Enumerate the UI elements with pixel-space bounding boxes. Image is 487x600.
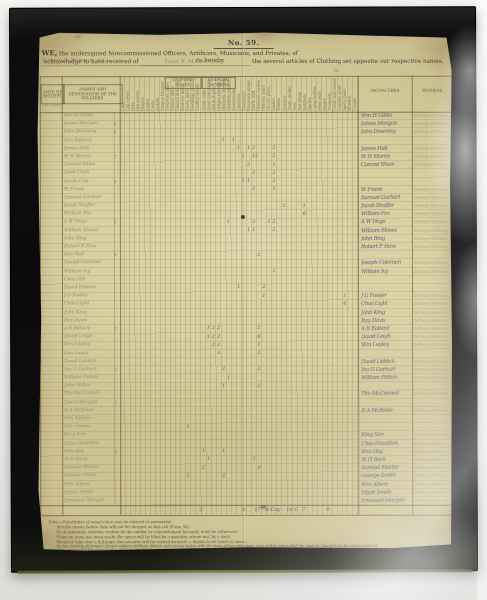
quantity-mark: 1	[267, 220, 270, 225]
frame-bottom-highlight	[17, 569, 472, 574]
rank-tick: 8	[114, 448, 120, 456]
witness-header: WITNESS.	[413, 84, 453, 98]
witness-entry: 2d Regt of Penna	[414, 210, 452, 218]
soldier-name-pencil: Jacob Cole	[64, 177, 116, 186]
quantity-mark: 2	[272, 228, 275, 233]
totals-mark: 14 C	[286, 507, 298, 513]
witness-entry: 2d Regt of Penna	[414, 259, 452, 267]
soldier-name-pencil: George Smith	[64, 472, 116, 481]
rank-tick: 2	[114, 399, 120, 407]
quantity-mark: 2	[222, 367, 225, 372]
soldier-signature: A W Hays	[361, 218, 413, 227]
quantity-mark: 1	[207, 458, 210, 463]
soldier-name-pencil: Chas Light	[64, 300, 116, 309]
article-column-label: Tents, shelter	[286, 78, 291, 111]
rank-tick: 3	[114, 366, 120, 374]
rank-tick: 8	[114, 178, 120, 186]
witness-entry: 2d Regt of Penna	[414, 407, 452, 415]
quantity-mark: 2	[272, 179, 275, 184]
quantity-mark: 1	[262, 294, 265, 299]
witness-entry: 2d Regt of Penna	[414, 243, 452, 251]
soldier-signature: William Patton	[361, 373, 413, 382]
quantity-mark: 2	[272, 154, 275, 159]
soldier-name-pencil: Saml Clark	[64, 169, 116, 178]
soldier-name-pencil: William Ivy	[64, 268, 116, 277]
handwritten-date: Dec 1864	[42, 103, 62, 108]
quantity-mark: 1	[187, 474, 190, 479]
article-column-label: Leather stocks	[195, 78, 200, 111]
quantity-mark: 1	[207, 335, 210, 340]
totals-row-marks: 2817B Cay14 C78	[34, 29, 454, 30]
quantity-mark: 2	[247, 163, 250, 168]
witness-entry: 2d Regt of Penna	[414, 292, 452, 300]
quantity-mark: 1	[222, 384, 225, 389]
picture-frame: No. 59. WE, the undersigned Noncommissio…	[9, 6, 478, 573]
soldier-name-pencil: Ray Davis	[64, 317, 116, 326]
article-column-label: Combs	[352, 78, 357, 111]
witness-entry: 2d Regt of Penna	[414, 300, 452, 308]
quantity-mark: 1	[237, 285, 240, 290]
quantity-mark: 6	[257, 335, 260, 340]
quantity-mark: 2	[272, 146, 275, 151]
soldier-name-pencil: William Moses	[64, 227, 116, 236]
soldier-name-pencil: W Frank	[64, 186, 116, 195]
quantity-mark: 6	[303, 212, 306, 217]
witness-entry: 2d Regt of Penna	[414, 202, 452, 210]
soldier-name-pencil: David Morgan	[64, 399, 116, 408]
quantity-mark: 1	[247, 228, 250, 233]
soldier-signature: John Downing	[361, 128, 413, 137]
soldier-name-pencil: Geo Lewis	[64, 349, 116, 358]
soldier-signature: George Smith	[361, 472, 413, 481]
quantity-mark: 8	[258, 466, 261, 471]
article-column-label: Axes	[291, 78, 296, 111]
witness-entry: 2d Regt of Penna	[414, 341, 452, 349]
handwritten-officer: Lieut R. M. Hall A.C.S.	[165, 59, 226, 65]
quantity-mark: 2	[222, 474, 225, 479]
witness-entry: 2d Regt of Penna	[414, 480, 452, 488]
quantity-mark: 6	[343, 302, 346, 307]
soldier-signature: Conrad Shaw	[361, 160, 413, 169]
quantity-mark: 1	[187, 425, 190, 430]
soldier-name-pencil: John King	[64, 308, 116, 317]
quantity-mark: 2	[257, 326, 260, 331]
soldier-signature: Wm Lepley	[361, 341, 413, 350]
soldier-name-pencil: Emanuel Morgan	[64, 497, 116, 506]
soldier-name-pencil: Wm Lepley	[64, 341, 116, 350]
article-column-label: Cap covers	[124, 78, 129, 111]
quantity-mark: 1	[272, 187, 275, 192]
quantity-mark: 1	[247, 146, 250, 151]
quantity-mark: 2	[252, 187, 255, 192]
witness-entry: 2d Regt of Penna	[414, 235, 452, 243]
article-column-label: Talmas	[276, 78, 281, 111]
quantity-mark: 1	[232, 138, 235, 143]
quantity-mark: 2	[202, 466, 205, 471]
soldier-signature: Joseph Coleman	[361, 259, 413, 268]
quantity-mark: 1	[227, 376, 230, 381]
soldier-name-pencil: Tho McConnell	[64, 390, 116, 399]
quantity-mark: 1	[272, 269, 275, 274]
soldier-name-pencil: Joseph Coleman	[64, 259, 116, 268]
witness-entry: 2d Regt of Penna	[414, 185, 452, 193]
soldier-name-pencil: James Hall	[64, 145, 116, 154]
ink-blot	[241, 215, 245, 219]
quantity-mark: 3	[217, 351, 220, 356]
rank-tick: 8	[114, 129, 120, 137]
quantity-mark: 1	[343, 294, 346, 299]
foxing-spot-2	[334, 69, 339, 72]
table-body-rows: Wm H GibbsWm H Gibbs2d Regt of PennaJame…	[34, 29, 454, 30]
witness-entry: 2d Regt of Penna	[414, 144, 452, 152]
soldier-name-pencil: Geo Ballard	[64, 136, 116, 145]
quantity-mark: 1	[247, 179, 250, 184]
foxing-spot	[74, 35, 82, 38]
quantity-mark: 1	[252, 228, 255, 233]
table-right-rule	[452, 76, 453, 515]
totals-mark: 8	[326, 507, 329, 513]
date-of-receipt-header: DATE OF RECEIPT.	[41, 84, 65, 104]
soldier-name-pencil: David Liddick	[64, 358, 116, 367]
receipt-roll-document: No. 59. WE, the undersigned Noncommissio…	[34, 29, 455, 554]
quantity-mark: 2	[217, 343, 220, 348]
quantity-mark: 2	[257, 367, 260, 372]
quantity-mark: 2	[257, 351, 260, 356]
quantity-mark: 1	[227, 220, 230, 225]
quantity-mark: 2	[252, 457, 255, 462]
witness-entry: 2d Regt of Penna	[414, 218, 452, 226]
witness-entry: 2d Regt of Penna	[414, 374, 452, 382]
witness-entry: 2d Regt of Penna	[414, 308, 452, 316]
quantity-mark: 2	[272, 171, 275, 176]
totals-mark: B Cay	[265, 507, 280, 513]
soldier-signature: Chas Light	[361, 300, 413, 309]
witness-entry: 2d Regt of Penna	[414, 161, 452, 169]
witness-entry: 2d Regt of Penna	[414, 357, 452, 365]
quantity-mark: 2	[212, 343, 215, 348]
names-header: NAMES AND DESIGNATION OF THE SOLDIERS.	[63, 84, 123, 104]
quantity-mark: 2	[252, 171, 255, 176]
quantity-mark: 2	[217, 335, 220, 340]
note-line: As the clothing allowance of each soldie…	[56, 544, 386, 558]
article-column-label: Caps	[119, 78, 124, 111]
witness-entry: 2d Regt of Penna	[414, 333, 452, 341]
soldier-name-pencil: Elijah Smith	[64, 489, 116, 498]
soldier-name-pencil: A W Hays	[64, 218, 116, 227]
photo-background-edge	[477, 0, 487, 600]
witness-entry: 2d Regt of Penna	[414, 153, 452, 161]
witness-entry: 2d Regt of Penna	[414, 325, 452, 333]
quantity-mark: 1	[207, 326, 210, 331]
totals-mark: 2	[199, 507, 202, 513]
totals-mark: 7	[302, 507, 305, 513]
article-column-label: Hat covers	[134, 78, 139, 111]
quantity-mark: 1	[257, 343, 260, 348]
witness-entry: 2d Regt of Penna	[414, 431, 452, 439]
witness-entry: 2d Regt of Penna	[414, 194, 452, 202]
quantity-mark: 2	[212, 326, 215, 331]
quantity-mark: 2	[272, 220, 275, 225]
article-column-label: Stable frocks	[210, 78, 215, 111]
witness-entry: 2d Regt of Penna	[414, 128, 452, 136]
quantity-mark: 2	[257, 253, 260, 258]
witness-entry: 2d Regt of Penna	[414, 488, 452, 496]
article-column-label: Great coat straps	[205, 78, 210, 111]
soldier-signature: Tho McConnell	[361, 390, 413, 399]
ink-smudge-totals	[260, 505, 266, 509]
witness-entry: 2d Regt of Penna	[414, 267, 452, 275]
soldier-name-pencil: Wm Albert	[64, 480, 116, 489]
witness-entry: 2d Regt of Penna	[414, 366, 452, 374]
soldier-signature: William Ivy	[361, 267, 413, 276]
rank-tick: 2	[114, 219, 120, 227]
quantity-mark: 1	[222, 138, 225, 143]
quantity-mark: 12	[252, 154, 258, 159]
soldier-name-pencil: King Sim	[64, 431, 116, 440]
soldier-signature: Robert F Haw	[361, 242, 413, 251]
quantity-mark: 1	[303, 203, 306, 208]
quantity-mark: 2	[212, 335, 215, 340]
quantity-mark: 2	[217, 326, 220, 331]
witness-entry: 2d Regt of Penna	[414, 472, 452, 480]
witness-entry: 2d Regt of Penna	[414, 464, 452, 472]
witness-entry: 2d Regt of Penna	[414, 390, 452, 398]
soldier-name-pencil: John Downing	[64, 128, 116, 137]
soldier-signature: King Sim	[361, 431, 413, 440]
quantity-mark: 1	[237, 146, 240, 151]
article-column-label: Great coats	[200, 78, 205, 111]
soldier-signature: R A McBride	[361, 406, 413, 415]
quantity-mark: 2	[257, 384, 260, 389]
signatures-header: SIGNATURES.	[359, 84, 413, 98]
witness-entry: 2d Regt of Penna	[414, 120, 452, 128]
quantity-mark: 1	[272, 163, 275, 168]
issue-quantity-marks: 1111221122212211221116131211221121161222…	[34, 29, 454, 30]
rotated-article-labels: CapsCap coversHatsHat coversPlumesEagles…	[34, 29, 454, 30]
article-column-label: Ponchos	[281, 78, 286, 111]
quantity-mark: 1	[202, 449, 205, 454]
witness-entry: 2d Regt of Penna	[414, 456, 452, 464]
soldier-name-pencil: Chas Hamilton	[64, 439, 116, 448]
preamble-lead: WE,	[42, 48, 58, 57]
witness-entry: 2d Regt of Penna	[414, 447, 452, 455]
quantity-mark: 3	[252, 220, 255, 225]
soldier-signature: Emanuel Morgan	[361, 496, 413, 505]
witness-entry: 2d Regt of Penna	[414, 226, 452, 234]
quantity-mark: 2	[262, 285, 265, 290]
article-column-label: Hats	[129, 78, 134, 111]
witness-entry: 2d Regt of Penna	[414, 497, 452, 505]
witness-entry: 2d Regt of Penna	[414, 112, 452, 120]
quantity-mark: 1	[222, 449, 225, 454]
witness-entry: 2d Regt of Penna	[414, 439, 452, 447]
witness-entry: 2d Regt of Penna	[414, 316, 452, 324]
quantity-mark: 1	[283, 204, 286, 209]
article-column-label: Fatigue overalls	[215, 78, 220, 111]
quantity-mark: 2	[252, 146, 255, 151]
